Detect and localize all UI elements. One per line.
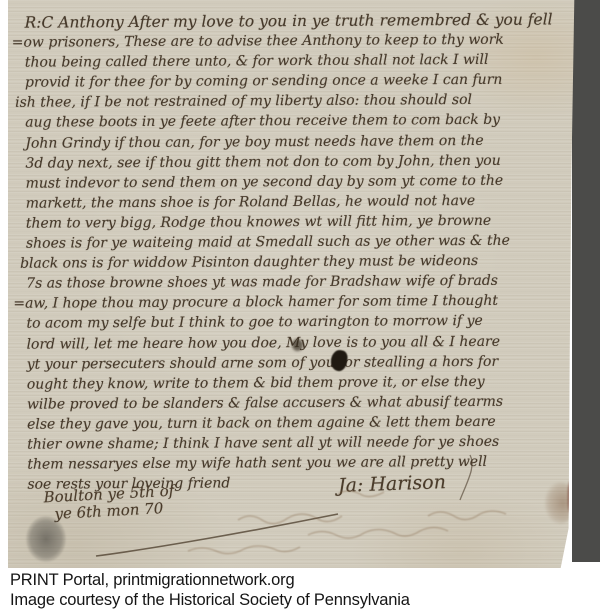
letter-line: shoes is for ye waiteing maid at Smedall… xyxy=(26,230,574,253)
ink-smudge xyxy=(292,339,303,351)
caption-source: PRINT Portal, printmigrationnetwork.org xyxy=(10,571,410,591)
caption-credit: Image courtesy of the Historical Society… xyxy=(10,591,410,611)
dateline-date: ye 6th mon 70 xyxy=(54,500,175,523)
letter-line: thier owne shame; I think I have sent al… xyxy=(27,431,575,454)
scan-background-band xyxy=(572,0,600,562)
letter-paper: R:C Anthony After my love to you in ye t… xyxy=(8,0,576,568)
letter-line: =aw, I hope thou may procure a block ham… xyxy=(13,291,574,315)
manuscript-scan: R:C Anthony After my love to you in ye t… xyxy=(0,0,600,570)
fingerprint-stain xyxy=(26,516,66,562)
letter-line: yt your persecuters should arne som of y… xyxy=(27,351,575,374)
image-caption: PRINT Portal, printmigrationnetwork.org … xyxy=(10,571,410,610)
edge-stain xyxy=(545,482,575,524)
letter-line: aug these boots in ye feete after thou r… xyxy=(25,110,573,133)
letter-body: R:C Anthony After my love to you in ye t… xyxy=(25,9,576,495)
letter-line: provid it for thee for by coming or send… xyxy=(25,70,573,93)
letter-line: =ow prisoners, These are to advise thee … xyxy=(12,29,573,53)
letter-line: must indevor to send them on ye second d… xyxy=(26,170,574,193)
dateline: Boulton ye 5th of ye 6th mon 70 xyxy=(43,483,175,524)
signature: Ja: Harison xyxy=(338,471,447,497)
